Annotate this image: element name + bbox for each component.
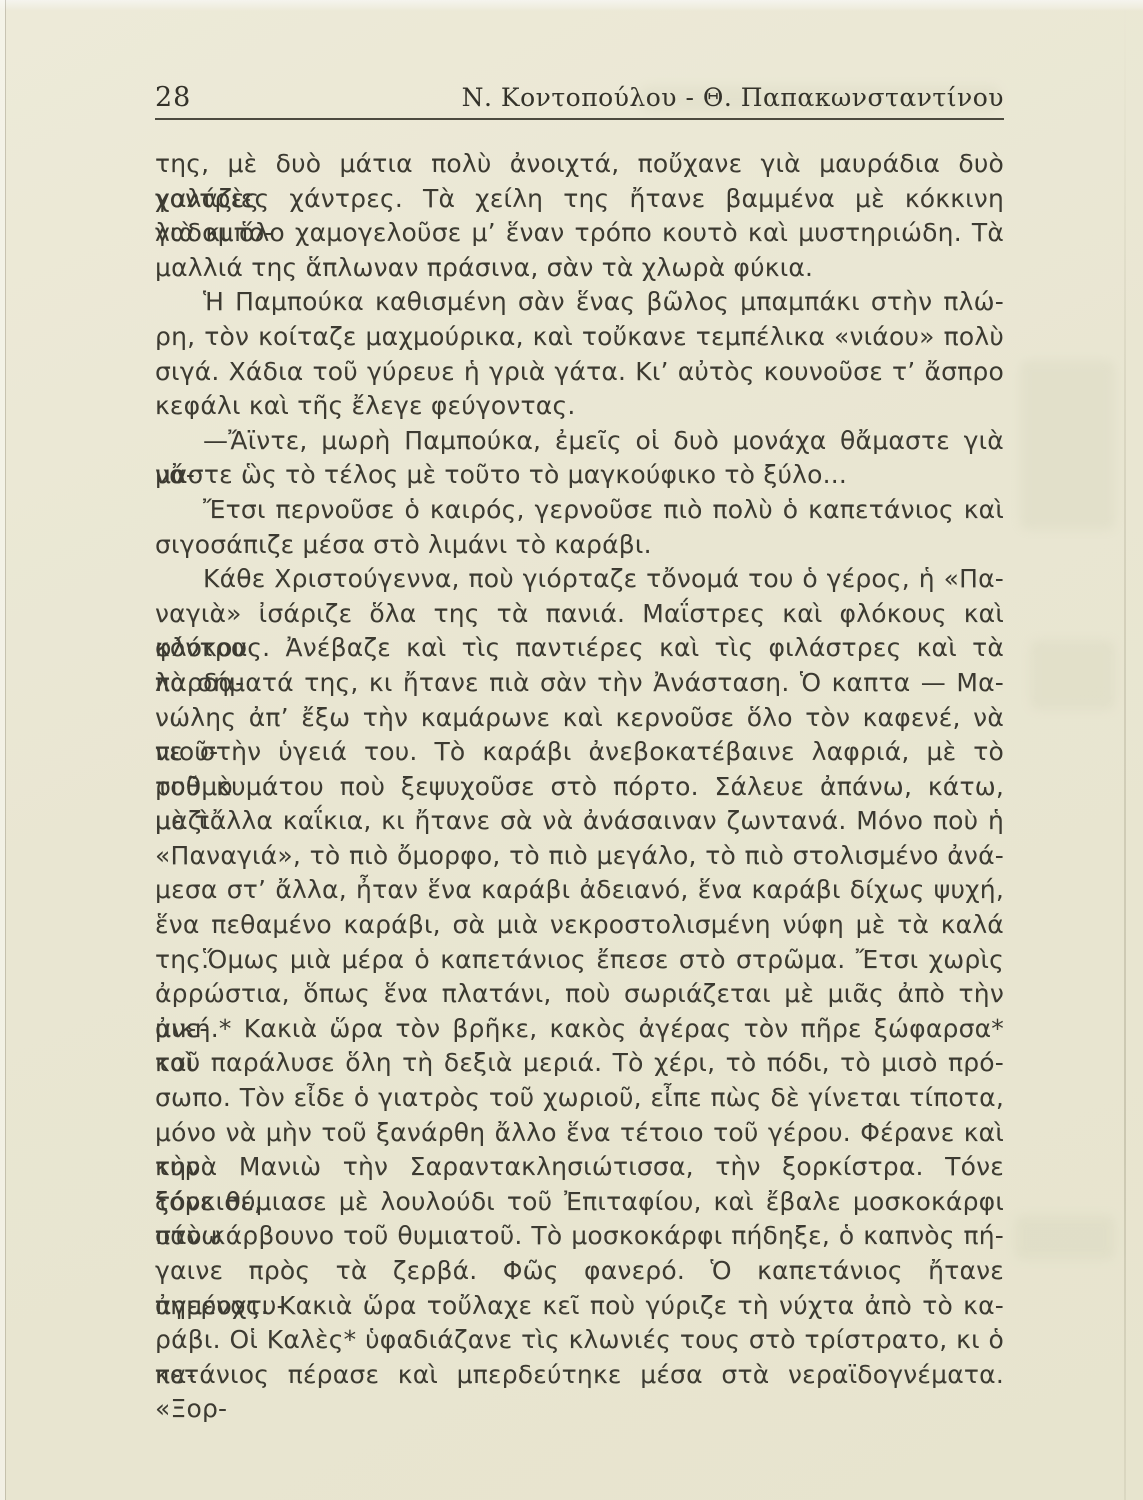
text-line: Κάθε Χριστούγεννα, ποὺ γιόρταζε τὄνομά τ… [155,562,1004,597]
text-line: ναγιὰ» ἰσάριζε ὅλα της τὰ πανιά. Μαΐστρε… [155,597,1004,632]
text-line: ἕνα πεθαμένο καράβι, σὰ μιὰ νεκροστολισμ… [155,908,1004,943]
text-line: σιγοσάπιζε μέσα στὸ λιμάνι τὸ καράβι. [155,528,1004,563]
text-line: κυρὰ Μανιὼ τὴν Σαραντακλησιώτισσα, τὴν ξ… [155,1150,1004,1185]
text-block: της, μὲ δυὸ μάτια πολὺ ἀνοιχτά, ποὔχανε … [155,147,1004,1392]
text-line: νώλης ἀπ’ ἔξω τὴν καμάρωνε καὶ κερνοῦσε … [155,701,1004,736]
text-line: γαινε πρὸς τὰ ζερβά. Φῶς φανερό. Ὁ καπετ… [155,1254,1004,1289]
text-line: πετάνιος πέρασε καὶ μπερδεύτηκε μέσα στὰ… [155,1358,1004,1393]
text-line: «Παναγιά», τὸ πιὸ ὄμορφο, τὸ πιὸ μεγάλο,… [155,839,1004,874]
text-line: τοῦ παράλυσε ὅλη τὴ δεξιὰ μεριά. Τὸ χέρι… [155,1046,1004,1081]
header-rule [155,118,1004,120]
page-right-crease [1124,0,1126,1500]
text-line: Ἡ Παμπούκα καθισμένη σὰν ἕνας βῶλος μπαμ… [155,285,1004,320]
page-number: 28 [155,82,191,113]
show-through-smudge [1020,360,1115,530]
text-line: τόνε θύμιασε μὲ λουλούδι τοῦ Ἐπιταφίου, … [155,1185,1004,1220]
text-line: Ἔτσι περνοῦσε ὁ καιρός, γερνοῦσε πιὸ πολ… [155,493,1004,528]
page-top-edge [0,0,1143,11]
text-line: νε στὴν ὑγειά του. Τὸ καράβι ἀνεβοκατέβα… [155,735,1004,770]
text-line: γιὰ κι ὅλο χαμογελοῦσε μ’ ἕναν τρόπο κου… [155,216,1004,251]
text-line: της, μὲ δυὸ μάτια πολὺ ἀνοιχτά, ποὔχανε … [155,147,1004,182]
text-line: ράβι. Οἱ Καλὲς* ὑφαδιάζανε τὶς κλωνιές τ… [155,1323,1004,1358]
text-line: γαλάζιες χάντρες. Τὰ χείλη της ἤτανε βαμ… [155,182,1004,217]
text-line: στὸ κάρβουνο τοῦ θυμιατοῦ. Τὸ μοσκοκάρφι… [155,1219,1004,1254]
text-line: —Ἄϊντε, μωρὴ Παμπούκα, ἐμεῖς οἱ δυὸ μονά… [155,424,1004,459]
text-line: φλόκους. Ἀνέβαζε καὶ τὶς παντιέρες καὶ τ… [155,631,1004,666]
running-header: 28 Ν. Κοντοπούλου - Θ. Παπακωνσταντίνου [155,82,1004,118]
page-left-crease [5,0,6,1500]
book-page-scan: 28 Ν. Κοντοπούλου - Θ. Παπακωνσταντίνου … [0,0,1143,1500]
text-line: μαλλιά της ἅπλωναν πράσινα, σὰν τὰ χλωρὰ… [155,251,1004,286]
text-line: λὰ σήματά της, κι ἤτανε πιὰ σὰν τὴν Ἀνάσ… [155,666,1004,701]
text-line: ἀρρώστια, ὅπως ἕνα πλατάνι, ποὺ σωριάζετ… [155,977,1004,1012]
text-line: κεφάλι καὶ τῆς ἔλεγε φεύγοντας. [155,389,1004,424]
show-through-smudge [1030,640,1115,710]
running-title: Ν. Κοντοπούλου - Θ. Παπακωνσταντίνου [462,83,1004,112]
text-line: μὲ τἄλλα καΐκια, κι ἤτανε σὰ νὰ ἀνάσαινα… [155,804,1004,839]
text-line: τοῦ κυμάτου ποὺ ξεψυχοῦσε στὸ πόρτο. Σάλ… [155,770,1004,805]
text-line: μική.* Κακιὰ ὥρα τὸν βρῆκε, κακὸς ἀγέρας… [155,1012,1004,1047]
text-line: μεσα στ’ ἄλλα, ἦταν ἕνα καράβι ἀδειανό, … [155,873,1004,908]
show-through-smudge [1015,1215,1115,1260]
text-line: σωπο. Τὸν εἶδε ὁ γιατρὸς τοῦ χωριοῦ, εἶπ… [155,1081,1004,1116]
text-line: Ὅμως μιὰ μέρα ὁ καπετάνιος ἔπεσε στὸ στρ… [155,943,1004,978]
text-line: πημένος. Κακιὰ ὥρα τοὔλαχε κεῖ ποὺ γύριζ… [155,1289,1004,1324]
text-line: μαστε ὣς τὸ τέλος μὲ τοῦτο τὸ μαγκούφικο… [155,458,1004,493]
text-line: σιγά. Χάδια τοῦ γύρευε ἡ γριὰ γάτα. Κι’ … [155,355,1004,390]
text-line: μόνο νὰ μὴν τοῦ ξανάρθη ἄλλο ἕνα τέτοιο … [155,1116,1004,1151]
text-line: ρη, τὸν κοίταζε μαχμούρικα, καὶ τοὔκανε … [155,320,1004,355]
